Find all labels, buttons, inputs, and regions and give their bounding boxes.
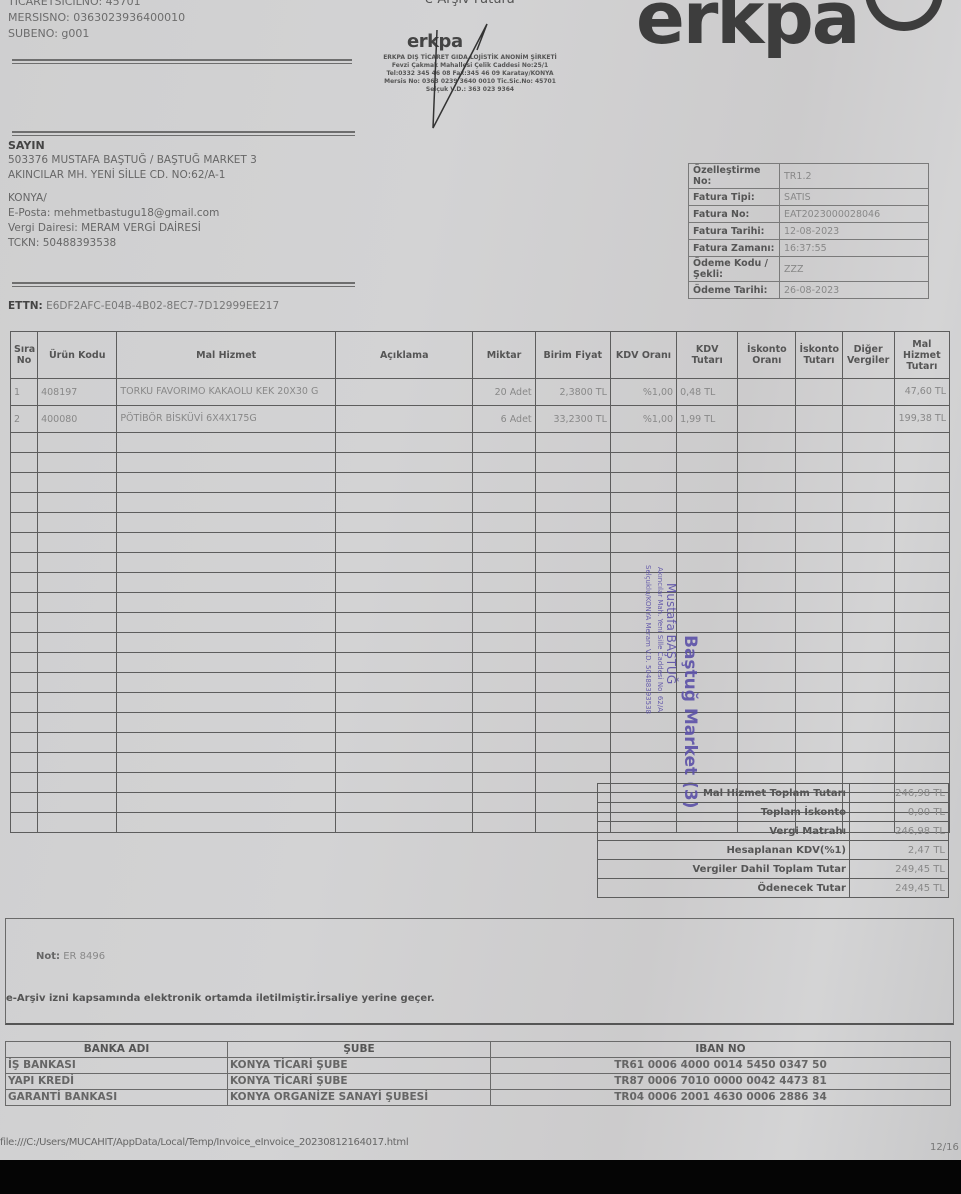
- buyer-tckn: TCKN: 50488393538: [8, 236, 257, 251]
- bank-row: YAPI KREDİKONYA TİCARİ ŞUBETR87 0006 701…: [6, 1074, 951, 1090]
- totals-value: 246,98 TL: [850, 822, 949, 841]
- table-cell: [535, 433, 610, 453]
- table-cell: [117, 753, 336, 773]
- table-cell: [336, 406, 473, 433]
- table-cell: [535, 613, 610, 633]
- table-cell: [336, 533, 473, 553]
- brand-logo-mark-icon: [865, 0, 943, 31]
- table-cell: [336, 773, 473, 793]
- buyer-tax-office: Vergi Dairesi: MERAM VERGİ DAİRESİ: [8, 221, 257, 236]
- table-cell: [117, 553, 336, 573]
- table-cell: [894, 713, 949, 733]
- table-cell: [117, 593, 336, 613]
- table-cell: [38, 573, 117, 593]
- totals-label: Mal Hizmet Toplam Tutarı: [598, 784, 850, 803]
- table-cell: [117, 433, 336, 453]
- table-cell: [894, 433, 949, 453]
- table-cell: [677, 473, 738, 493]
- table-cell: 2: [11, 406, 38, 433]
- table-cell: [473, 533, 535, 553]
- meta-label: Ödeme Tarihi:: [689, 282, 780, 299]
- table-cell: [894, 633, 949, 653]
- table-cell: [677, 493, 738, 513]
- table-cell: [38, 533, 117, 553]
- table-cell: [11, 493, 38, 513]
- empty-table-row: [11, 653, 950, 673]
- empty-table-row: [11, 553, 950, 573]
- table-cell: [38, 473, 117, 493]
- empty-table-row: [11, 533, 950, 553]
- divider: [12, 131, 355, 133]
- table-cell: 1,99 TL: [677, 406, 738, 433]
- table-cell: [894, 533, 949, 553]
- buyer-email: E-Posta: mehmetbastugu18@gmail.com: [8, 206, 257, 221]
- document-title: e-Arşiv Fatura: [425, 0, 515, 7]
- table-cell: [473, 553, 535, 573]
- table-cell: [117, 573, 336, 593]
- table-cell: [38, 613, 117, 633]
- empty-table-row: [11, 493, 950, 513]
- bank-column-header: ŞUBE: [228, 1042, 491, 1058]
- table-cell: [796, 513, 842, 533]
- meta-label: Fatura No:: [689, 206, 780, 223]
- table-cell: [117, 633, 336, 653]
- table-cell: [738, 473, 796, 493]
- meta-value: 16:37:55: [780, 240, 929, 257]
- footer-page-number: 12/16: [930, 1142, 959, 1153]
- note-label: Not:: [36, 951, 60, 962]
- meta-label: Fatura Tipi:: [689, 189, 780, 206]
- table-cell: [336, 793, 473, 813]
- table-cell: [11, 793, 38, 813]
- meta-value: TR1.2: [780, 164, 929, 189]
- column-header: Ürün Kodu: [38, 332, 117, 379]
- column-header: İskonto Tutarı: [796, 332, 842, 379]
- empty-table-row: [11, 673, 950, 693]
- meta-value: 12-08-2023: [780, 223, 929, 240]
- table-cell: [610, 493, 676, 513]
- table-cell: %1,00: [610, 406, 676, 433]
- table-cell: [38, 453, 117, 473]
- column-header: İskonto Oranı: [738, 332, 796, 379]
- table-cell: [473, 513, 535, 533]
- table-cell: [796, 673, 842, 693]
- column-header: Birim Fiyat: [535, 332, 610, 379]
- meta-row: Ödeme Tarihi:26-08-2023: [689, 282, 929, 299]
- table-cell: [535, 653, 610, 673]
- buyer-name: 503376 MUSTAFA BAŞTUĞ / BAŞTUĞ MARKET 3: [8, 153, 257, 168]
- table-cell: [677, 513, 738, 533]
- totals-label: Ödenecek Tutar: [598, 879, 850, 898]
- table-cell: [336, 433, 473, 453]
- note-box: Not: ER 8496 e-Arşiv izni kapsamında ele…: [5, 918, 954, 1025]
- column-header: Açıklama: [336, 332, 473, 379]
- table-cell: [894, 453, 949, 473]
- empty-table-row: [11, 473, 950, 493]
- table-cell: 408197: [38, 379, 117, 406]
- table-cell: [117, 613, 336, 633]
- stamp-address: Akıncılar Mah. Yeni Sille Caddesi No: 62…: [656, 567, 664, 712]
- column-header: KDV Oranı: [610, 332, 676, 379]
- table-cell: 20 Adet: [473, 379, 535, 406]
- table-cell: [610, 453, 676, 473]
- table-cell: [117, 513, 336, 533]
- table-cell: [11, 693, 38, 713]
- table-cell: [11, 453, 38, 473]
- empty-table-row: [11, 453, 950, 473]
- table-cell: [11, 733, 38, 753]
- note: Not: ER 8496: [36, 951, 105, 962]
- table-cell: [842, 433, 894, 453]
- table-cell: [336, 653, 473, 673]
- table-cell: [38, 553, 117, 573]
- table-cell: [842, 713, 894, 733]
- table-cell: [473, 813, 535, 833]
- table-cell: [796, 473, 842, 493]
- table-cell: [11, 773, 38, 793]
- table-cell: [38, 713, 117, 733]
- table-cell: 0,48 TL: [677, 379, 738, 406]
- table-cell: [894, 733, 949, 753]
- rubber-stamp: Baştuğ Market (3) Mustafa BAŞTUĞ Akıncıl…: [678, 545, 798, 795]
- table-cell: [842, 633, 894, 653]
- divider: [12, 286, 355, 287]
- table-cell: [11, 473, 38, 493]
- table-cell: [738, 493, 796, 513]
- table-cell: [842, 613, 894, 633]
- meta-value: 26-08-2023: [780, 282, 929, 299]
- column-header: Mal Hizmet: [117, 332, 336, 379]
- table-cell: [535, 573, 610, 593]
- table-cell: [38, 773, 117, 793]
- table-cell: 199,38 TL: [894, 406, 949, 433]
- table-cell: [677, 453, 738, 473]
- table-cell: [117, 793, 336, 813]
- table-cell: [842, 733, 894, 753]
- divider: [12, 63, 352, 64]
- buyer-address: AKINCILAR MH. YENİ SİLLE CD. NO:62/A-1: [8, 168, 257, 183]
- column-header: Sıra No: [11, 332, 38, 379]
- ettn-value: E6DF2AFC-E04B-4B02-8EC7-7D12999EE217: [46, 300, 279, 312]
- table-cell: [38, 433, 117, 453]
- table-cell: [535, 553, 610, 573]
- table-cell: [473, 453, 535, 473]
- table-cell: [11, 713, 38, 733]
- table-cell: [796, 713, 842, 733]
- bank-row: GARANTİ BANKASIKONYA ORGANİZE SANAYİ ŞUB…: [6, 1090, 951, 1106]
- table-cell: [610, 533, 676, 553]
- buyer-city: KONYA/: [8, 191, 257, 206]
- table-cell: [842, 553, 894, 573]
- table-cell: [796, 453, 842, 473]
- table-cell: [738, 513, 796, 533]
- brand-logo: erkpa: [636, 0, 858, 58]
- table-cell: [11, 593, 38, 613]
- meta-label: Ödeme Kodu / Şekli:: [689, 257, 780, 282]
- table-cell: [473, 613, 535, 633]
- empty-table-row: [11, 753, 950, 773]
- table-cell: [535, 513, 610, 533]
- table-cell: [894, 613, 949, 633]
- table-cell: [796, 379, 842, 406]
- table-cell: [473, 713, 535, 733]
- meta-row: Özelleştirme No:TR1.2: [689, 164, 929, 189]
- table-cell: [738, 433, 796, 453]
- table-cell: [38, 813, 117, 833]
- totals-value: 249,45 TL: [850, 860, 949, 879]
- seller-trade-registry: TICARETSICILNO: 45701: [8, 0, 185, 10]
- totals-value: 249,45 TL: [850, 879, 949, 898]
- table-cell: [535, 533, 610, 553]
- stamp-tax-info: Selçuklu/KONYA Meram V.D. 50488393538: [644, 565, 652, 714]
- divider: [12, 282, 355, 284]
- table-cell: [11, 433, 38, 453]
- column-header: KDV Tutarı: [677, 332, 738, 379]
- table-cell: [842, 753, 894, 773]
- table-cell: [894, 513, 949, 533]
- totals-label: Hesaplanan KDV(%1): [598, 841, 850, 860]
- table-cell: [842, 653, 894, 673]
- table-cell: [117, 733, 336, 753]
- table-cell: [894, 473, 949, 493]
- signature-icon: [425, 20, 495, 130]
- table-cell: [842, 673, 894, 693]
- totals-value: 2,47 TL: [850, 841, 949, 860]
- bank-column-header: BANKA ADI: [6, 1042, 228, 1058]
- table-cell: [336, 693, 473, 713]
- table-cell: [11, 633, 38, 653]
- table-cell: [473, 793, 535, 813]
- table-cell: [842, 379, 894, 406]
- table-cell: [738, 379, 796, 406]
- table-cell: [117, 813, 336, 833]
- table-cell: [336, 753, 473, 773]
- empty-table-row: [11, 713, 950, 733]
- table-cell: [796, 406, 842, 433]
- bank-cell: İŞ BANKASI: [6, 1058, 228, 1074]
- table-cell: [535, 633, 610, 653]
- table-cell: [117, 533, 336, 553]
- table-row: 2400080PÖTİBÖR BİSKÜVİ 6X4X175G6 Adet33,…: [11, 406, 950, 433]
- table-cell: [894, 593, 949, 613]
- bank-table: BANKA ADIŞUBEIBAN NO İŞ BANKASIKONYA TİC…: [5, 1041, 951, 1106]
- table-cell: [38, 733, 117, 753]
- table-cell: [117, 493, 336, 513]
- table-cell: [610, 473, 676, 493]
- buyer-heading: SAYIN: [8, 138, 257, 153]
- bank-cell: TR87 0006 7010 0000 0042 4473 81: [491, 1074, 951, 1090]
- divider: [12, 135, 355, 136]
- table-cell: [796, 733, 842, 753]
- table-cell: [117, 713, 336, 733]
- empty-table-row: [11, 573, 950, 593]
- meta-row: Ödeme Kodu / Şekli:ZZZ: [689, 257, 929, 282]
- table-cell: [796, 533, 842, 553]
- ettn: ETTN: E6DF2AFC-E04B-4B02-8EC7-7D12999EE2…: [8, 300, 279, 312]
- table-cell: [117, 693, 336, 713]
- table-cell: [796, 493, 842, 513]
- meta-row: Fatura No:EAT2023000028046: [689, 206, 929, 223]
- table-cell: [117, 653, 336, 673]
- footer-file-url: file:///C:/Users/MUCAHIT/AppData/Local/T…: [0, 1137, 408, 1148]
- bank-row: İŞ BANKASIKONYA TİCARİ ŞUBETR61 0006 400…: [6, 1058, 951, 1074]
- table-cell: [336, 553, 473, 573]
- screen-bottom-bar: [0, 1160, 961, 1194]
- table-cell: [535, 673, 610, 693]
- table-cell: [796, 633, 842, 653]
- table-cell: [11, 533, 38, 553]
- table-cell: [535, 753, 610, 773]
- table-cell: [473, 473, 535, 493]
- table-cell: [738, 406, 796, 433]
- table-cell: [38, 653, 117, 673]
- table-cell: [473, 653, 535, 673]
- table-cell: [38, 513, 117, 533]
- table-cell: 6 Adet: [473, 406, 535, 433]
- column-header: Diğer Vergiler: [842, 332, 894, 379]
- table-cell: [117, 673, 336, 693]
- table-cell: [38, 673, 117, 693]
- table-cell: [473, 493, 535, 513]
- totals-table: Mal Hizmet Toplam Tutarı246,98 TLToplam …: [597, 783, 949, 898]
- column-header: Mal Hizmet Tutarı: [894, 332, 949, 379]
- table-cell: [11, 573, 38, 593]
- empty-table-row: [11, 733, 950, 753]
- table-cell: [38, 753, 117, 773]
- table-cell: [11, 753, 38, 773]
- bank-cell: KONYA TİCARİ ŞUBE: [228, 1074, 491, 1090]
- meta-row: Fatura Tarihi:12-08-2023: [689, 223, 929, 240]
- bank-cell: TR61 0006 4000 0014 5450 0347 50: [491, 1058, 951, 1074]
- table-cell: %1,00: [610, 379, 676, 406]
- items-table: Sıra NoÜrün KoduMal HizmetAçıklamaMiktar…: [10, 331, 950, 833]
- table-cell: [336, 473, 473, 493]
- table-cell: [473, 633, 535, 653]
- table-cell: [117, 773, 336, 793]
- seller-info: TICARETSICILNO: 45701 MERSISNO: 03630239…: [8, 0, 185, 42]
- table-cell: [796, 433, 842, 453]
- empty-table-row: [11, 633, 950, 653]
- bank-cell: TR04 0006 2001 4630 0006 2886 34: [491, 1090, 951, 1106]
- table-cell: [894, 753, 949, 773]
- table-cell: [38, 593, 117, 613]
- totals-label: Vergi Matrahı: [598, 822, 850, 841]
- table-cell: [894, 553, 949, 573]
- bank-cell: KONYA TİCARİ ŞUBE: [228, 1058, 491, 1074]
- table-cell: [535, 453, 610, 473]
- meta-label: Fatura Tarihi:: [689, 223, 780, 240]
- meta-value: SATIS: [780, 189, 929, 206]
- table-cell: [336, 593, 473, 613]
- table-cell: [796, 693, 842, 713]
- table-cell: [473, 693, 535, 713]
- table-cell: [610, 753, 676, 773]
- table-cell: [535, 473, 610, 493]
- totals-row: Ödenecek Tutar249,45 TL: [598, 879, 949, 898]
- table-cell: 33,2300 TL: [535, 406, 610, 433]
- meta-label: Fatura Zamanı:: [689, 240, 780, 257]
- table-cell: [38, 633, 117, 653]
- table-cell: [336, 493, 473, 513]
- table-cell: [117, 453, 336, 473]
- totals-value: 0,00 TL: [850, 803, 949, 822]
- totals-row: Mal Hizmet Toplam Tutarı246,98 TL: [598, 784, 949, 803]
- table-cell: [796, 553, 842, 573]
- table-cell: [610, 733, 676, 753]
- table-cell: [796, 573, 842, 593]
- table-cell: [11, 673, 38, 693]
- table-cell: [11, 813, 38, 833]
- bank-cell: YAPI KREDİ: [6, 1074, 228, 1090]
- table-cell: [11, 613, 38, 633]
- table-row: 1408197TORKU FAVORIMO KAKAOLU KEK 20X30 …: [11, 379, 950, 406]
- table-cell: [842, 493, 894, 513]
- table-cell: 1: [11, 379, 38, 406]
- table-cell: [842, 533, 894, 553]
- bank-cell: GARANTİ BANKASI: [6, 1090, 228, 1106]
- table-cell: [336, 379, 473, 406]
- totals-label: Vergiler Dahil Toplam Tutar: [598, 860, 850, 879]
- stamp-owner-name: Mustafa BAŞTUĞ: [664, 583, 678, 684]
- table-cell: [473, 573, 535, 593]
- divider: [12, 59, 352, 61]
- empty-table-row: [11, 593, 950, 613]
- table-cell: [336, 573, 473, 593]
- table-cell: [842, 573, 894, 593]
- table-cell: [677, 433, 738, 453]
- table-cell: [894, 573, 949, 593]
- table-cell: PÖTİBÖR BİSKÜVİ 6X4X175G: [117, 406, 336, 433]
- items-table-wrapper: Sıra NoÜrün KoduMal HizmetAçıklamaMiktar…: [10, 331, 950, 833]
- table-cell: [796, 593, 842, 613]
- table-cell: [796, 653, 842, 673]
- table-cell: [610, 433, 676, 453]
- column-header: Miktar: [473, 332, 535, 379]
- table-cell: [894, 693, 949, 713]
- table-cell: [336, 613, 473, 633]
- meta-row: Fatura Tipi:SATIS: [689, 189, 929, 206]
- invoice-paper: TICARETSICILNO: 45701 MERSISNO: 03630239…: [0, 0, 961, 1160]
- table-cell: [894, 673, 949, 693]
- table-cell: [11, 553, 38, 573]
- table-cell: [336, 513, 473, 533]
- table-cell: [336, 673, 473, 693]
- table-cell: [842, 406, 894, 433]
- table-cell: [473, 733, 535, 753]
- table-cell: [535, 593, 610, 613]
- table-cell: [842, 693, 894, 713]
- invoice-meta-table: Özelleştirme No:TR1.2Fatura Tipi:SATISFa…: [688, 163, 929, 299]
- table-cell: [473, 433, 535, 453]
- table-cell: [11, 513, 38, 533]
- table-cell: [38, 493, 117, 513]
- table-cell: [610, 713, 676, 733]
- bank-cell: KONYA ORGANİZE SANAYİ ŞUBESİ: [228, 1090, 491, 1106]
- table-cell: [842, 513, 894, 533]
- totals-row: Hesaplanan KDV(%1)2,47 TL: [598, 841, 949, 860]
- table-cell: [842, 453, 894, 473]
- table-cell: [535, 713, 610, 733]
- table-cell: [796, 613, 842, 633]
- table-cell: [38, 793, 117, 813]
- table-cell: [535, 493, 610, 513]
- buyer-info: SAYIN 503376 MUSTAFA BAŞTUĞ / BAŞTUĞ MAR…: [8, 138, 257, 251]
- ettn-label: ETTN:: [8, 300, 43, 312]
- meta-value: ZZZ: [780, 257, 929, 282]
- bank-column-header: IBAN NO: [491, 1042, 951, 1058]
- table-cell: [842, 593, 894, 613]
- totals-label: Toplam İskonto: [598, 803, 850, 822]
